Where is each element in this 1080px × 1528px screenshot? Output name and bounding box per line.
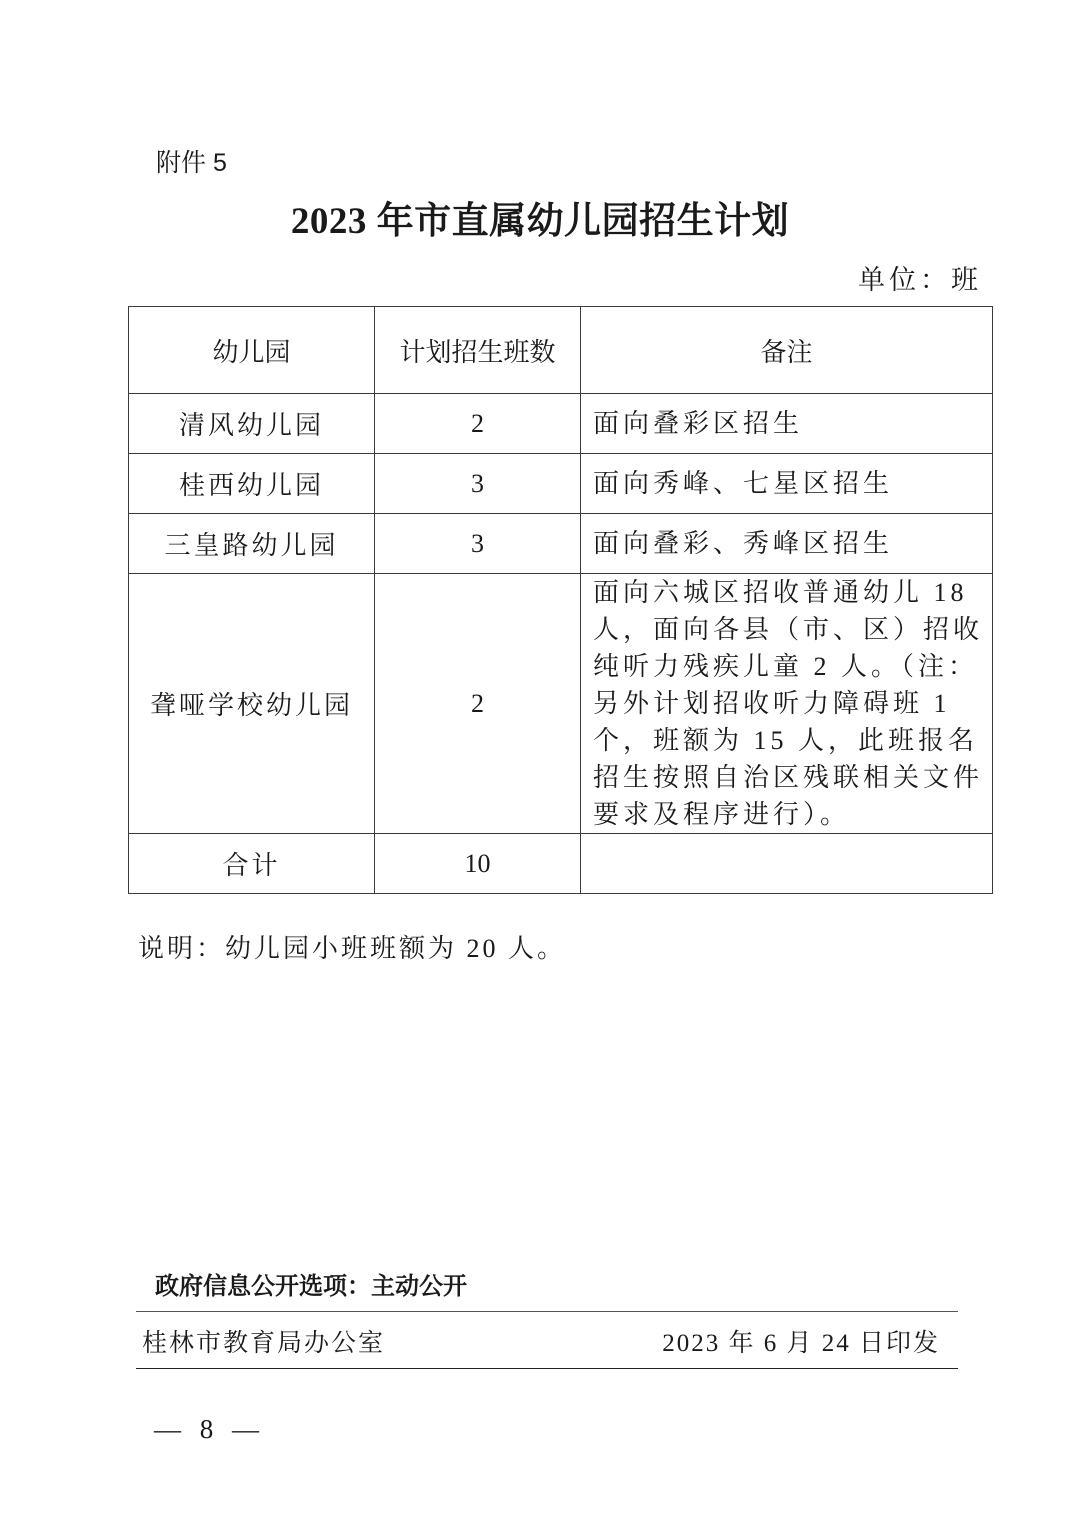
table-row: 清风幼儿园 2 面向叠彩区招生 bbox=[129, 394, 993, 454]
table-total-row: 合计 10 bbox=[129, 834, 993, 894]
total-note-cell bbox=[581, 834, 993, 894]
disclosure-option: 政府信息公开选项：主动公开 bbox=[155, 1266, 467, 1301]
column-header-kindergarten: 幼儿园 bbox=[129, 307, 375, 394]
kindergarten-name: 聋哑学校幼儿园 bbox=[129, 574, 375, 834]
kindergarten-name: 桂西幼儿园 bbox=[129, 454, 375, 514]
table-row: 聋哑学校幼儿园 2 面向六城区招收普通幼儿 18 人，面向各县（市、区）招收纯听… bbox=[129, 574, 993, 834]
note-cell: 面向六城区招收普通幼儿 18 人，面向各县（市、区）招收纯听力残疾儿童 2 人。… bbox=[581, 574, 993, 834]
page-number: — 8 — bbox=[154, 1414, 265, 1445]
issue-date: 2023 年 6 月 24 日印发 bbox=[662, 1323, 940, 1359]
explanation-note: 说明：幼儿园小班班额为 20 人。 bbox=[138, 928, 566, 965]
class-count: 3 bbox=[375, 454, 581, 514]
document-title: 2023 年市直属幼儿园招生计划 bbox=[0, 190, 1080, 244]
footer-divider-bottom bbox=[136, 1368, 958, 1369]
table-row: 桂西幼儿园 3 面向秀峰、七星区招生 bbox=[129, 454, 993, 514]
column-header-note: 备注 bbox=[581, 307, 993, 394]
note-cell: 面向叠彩区招生 bbox=[581, 394, 993, 454]
footer-divider-top bbox=[136, 1311, 958, 1312]
class-count: 2 bbox=[375, 394, 581, 454]
unit-label: 单位：班 bbox=[858, 258, 982, 297]
note-cell: 面向秀峰、七星区招生 bbox=[581, 454, 993, 514]
kindergarten-name: 三皇路幼儿园 bbox=[129, 514, 375, 574]
kindergarten-name: 清风幼儿园 bbox=[129, 394, 375, 454]
attachment-label: 附件 5 bbox=[156, 143, 227, 179]
total-class-count: 10 bbox=[375, 834, 581, 894]
class-count: 2 bbox=[375, 574, 581, 834]
total-label: 合计 bbox=[129, 834, 375, 894]
note-cell: 面向叠彩、秀峰区招生 bbox=[581, 514, 993, 574]
issuer-name: 桂林市教育局办公室 bbox=[142, 1323, 385, 1359]
class-count: 3 bbox=[375, 514, 581, 574]
table-row: 三皇路幼儿园 3 面向叠彩、秀峰区招生 bbox=[129, 514, 993, 574]
enrollment-plan-table: 幼儿园 计划招生班数 备注 清风幼儿园 2 面向叠彩区招生 桂西幼儿园 3 面向… bbox=[128, 306, 993, 894]
column-header-classes: 计划招生班数 bbox=[375, 307, 581, 394]
table-header-row: 幼儿园 计划招生班数 备注 bbox=[129, 307, 993, 394]
